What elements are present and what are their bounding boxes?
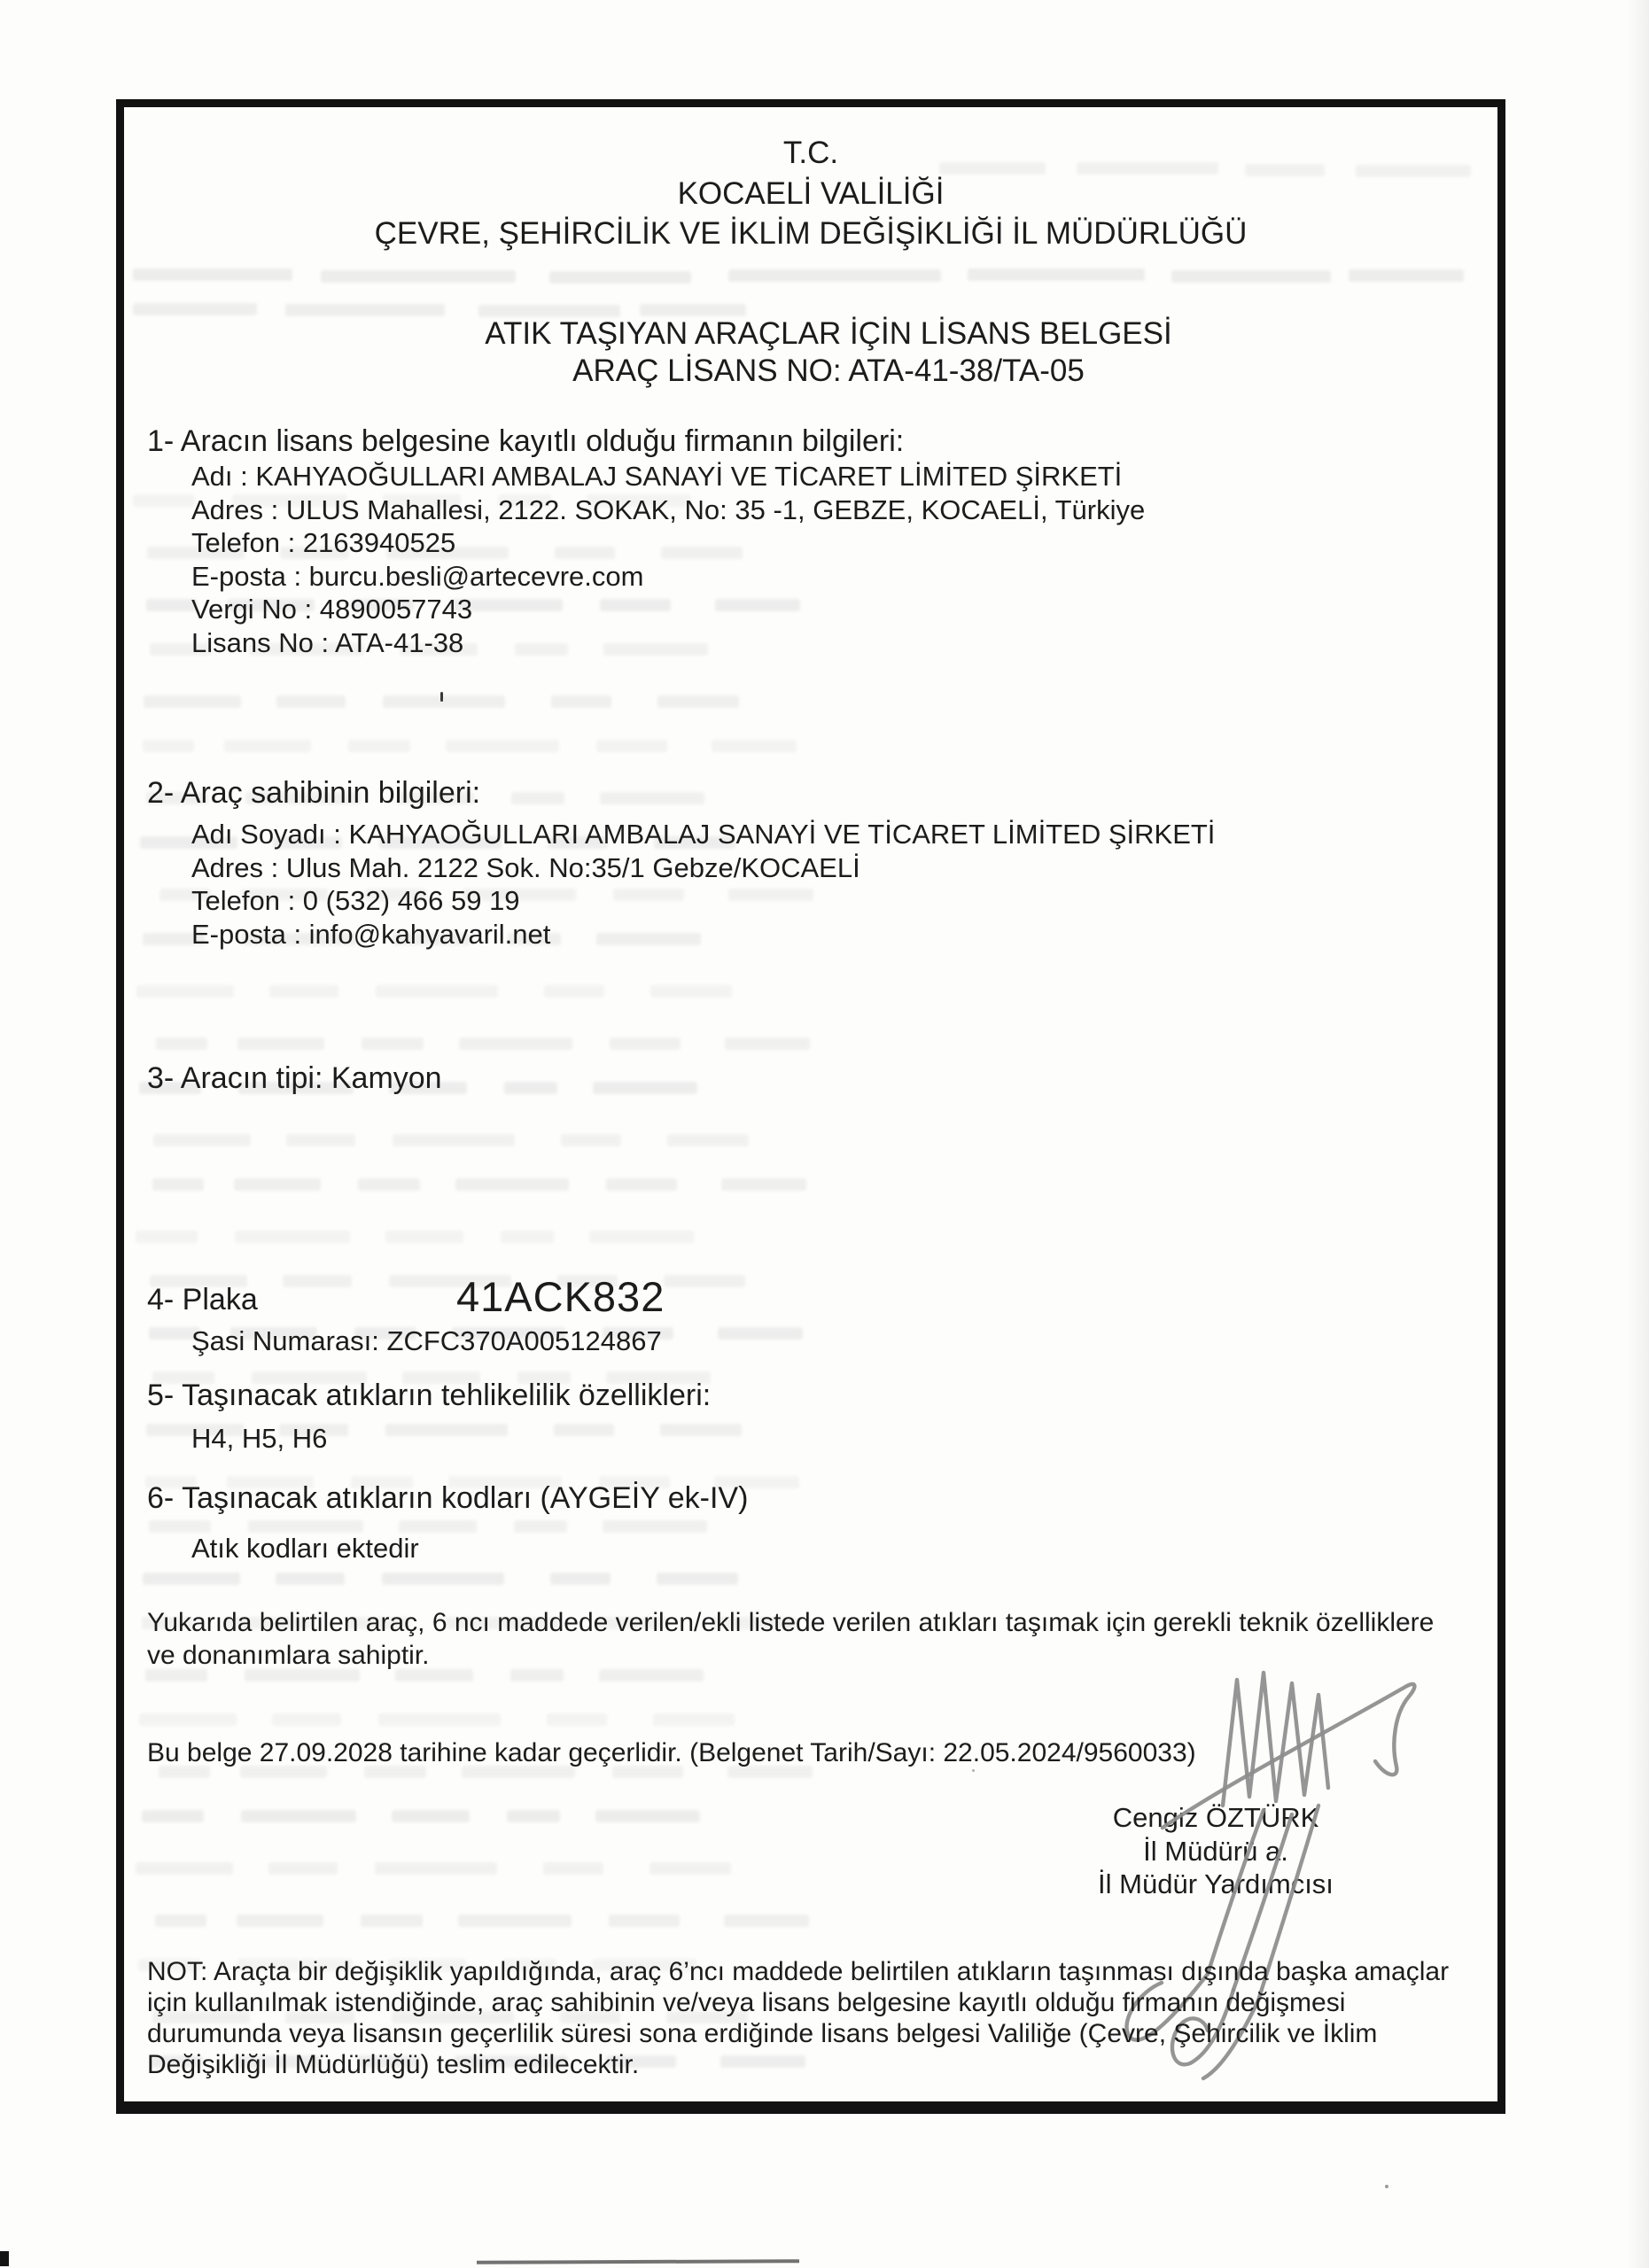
section1-details: Adı : KAHYAOĞULLARI AMBALAJ SANAYİ VE Tİ… <box>191 460 1145 659</box>
detail-line: Lisans No : ATA-41-38 <box>191 626 1145 660</box>
detail-line: E-posta : info@kahyavaril.net <box>191 918 1215 951</box>
header-block: T.C. KOCAELİ VALİLİĞİ ÇEVRE, ŞEHİRCİLİK … <box>124 133 1497 254</box>
note-paragraph: NOT: Araçta bir değişiklik yapıldığında,… <box>147 1956 1449 2080</box>
detail-line: Telefon : 2163940525 <box>191 526 1145 560</box>
signatory-subtitle: İl Müdür Yardımcısı <box>923 1868 1508 1901</box>
section2-heading: 2- Araç sahibinin bilgileri: <box>147 776 480 811</box>
technical-statement: Yukarıda belirtilen araç, 6 ncı maddede … <box>147 1606 1434 1672</box>
waste-codes-note: Atık kodları ektedir <box>191 1533 419 1565</box>
scanned-license-document: T.C. KOCAELİ VALİLİĞİ ÇEVRE, ŞEHİRCİLİK … <box>0 0 1649 2268</box>
detail-line: Adres : Ulus Mah. 2122 Sok. No:35/1 Gebz… <box>191 851 1215 885</box>
hazard-codes: H4, H5, H6 <box>191 1423 327 1455</box>
section5-heading: 5- Taşınacak atıkların tehlikelilik özel… <box>147 1379 711 1413</box>
note-line: Değişikliği İl Müdürlüğü) teslim edilece… <box>147 2049 1449 2080</box>
detail-line: Adı : KAHYAOĞULLARI AMBALAJ SANAYİ VE Tİ… <box>191 460 1145 493</box>
signatory-name: Cengiz ÖZTÜRK <box>923 1801 1508 1835</box>
document-title: ATIK TAŞIYAN ARAÇLAR İÇİN LİSANS BELGESİ <box>142 315 1515 353</box>
section2-details: Adı Soyadı : KAHYAOĞULLARI AMBALAJ SANAY… <box>191 818 1215 951</box>
section6-heading: 6- Taşınacak atıkların kodları (AYGEİY e… <box>147 1481 748 1516</box>
signatory-title: İl Müdürü a. <box>923 1835 1508 1868</box>
signatory-block: Cengiz ÖZTÜRK İl Müdürü a. İl Müdür Yard… <box>923 1801 1508 1901</box>
license-number-line: ARAÇ LİSANS NO: ATA-41-38/TA-05 <box>142 353 1515 390</box>
section3-heading: 3- Aracın tipi: Kamyon <box>147 1061 442 1096</box>
note-line: için kullanılmak istendiğinde, araç sahi… <box>147 1987 1449 2018</box>
detail-line: Adres : ULUS Mahallesi, 2122. SOKAK, No:… <box>191 493 1145 527</box>
section4-heading: 4- Plaka <box>147 1283 258 1317</box>
plate-number: 41ACK832 <box>456 1272 665 1321</box>
note-line: NOT: Araçta bir değişiklik yapıldığında,… <box>147 1956 1449 1987</box>
section1-heading: 1- Aracın lisans belgesine kayıtlı olduğ… <box>147 424 904 459</box>
detail-line: Vergi No : 4890057743 <box>191 593 1145 626</box>
directorate-title: ÇEVRE, ŞEHİRCİLİK VE İKLİM DEĞİŞİKLİĞİ İ… <box>124 214 1497 254</box>
detail-line: Telefon : 0 (532) 466 59 19 <box>191 884 1215 918</box>
detail-line: Adı Soyadı : KAHYAOĞULLARI AMBALAJ SANAY… <box>191 818 1215 851</box>
note-line: durumunda veya lisansın geçerlilik süres… <box>147 2018 1449 2049</box>
statement-line: Yukarıda belirtilen araç, 6 ncı maddede … <box>147 1606 1434 1639</box>
scan-edge-mark <box>0 2251 9 2266</box>
country-abbreviation: T.C. <box>124 133 1497 174</box>
document-title-block: ATIK TAŞIYAN ARAÇLAR İÇİN LİSANS BELGESİ… <box>142 315 1515 390</box>
governorship-title: KOCAELİ VALİLİĞİ <box>124 174 1497 214</box>
statement-line: ve donanımlara sahiptir. <box>147 1639 1434 1672</box>
chassis-number-line: Şasi Numarası: ZCFC370A005124867 <box>191 1325 662 1357</box>
validity-line: Bu belge 27.09.2028 tarihine kadar geçer… <box>147 1738 1196 1768</box>
detail-line: E-posta : burcu.besli@artecevre.com <box>191 560 1145 594</box>
